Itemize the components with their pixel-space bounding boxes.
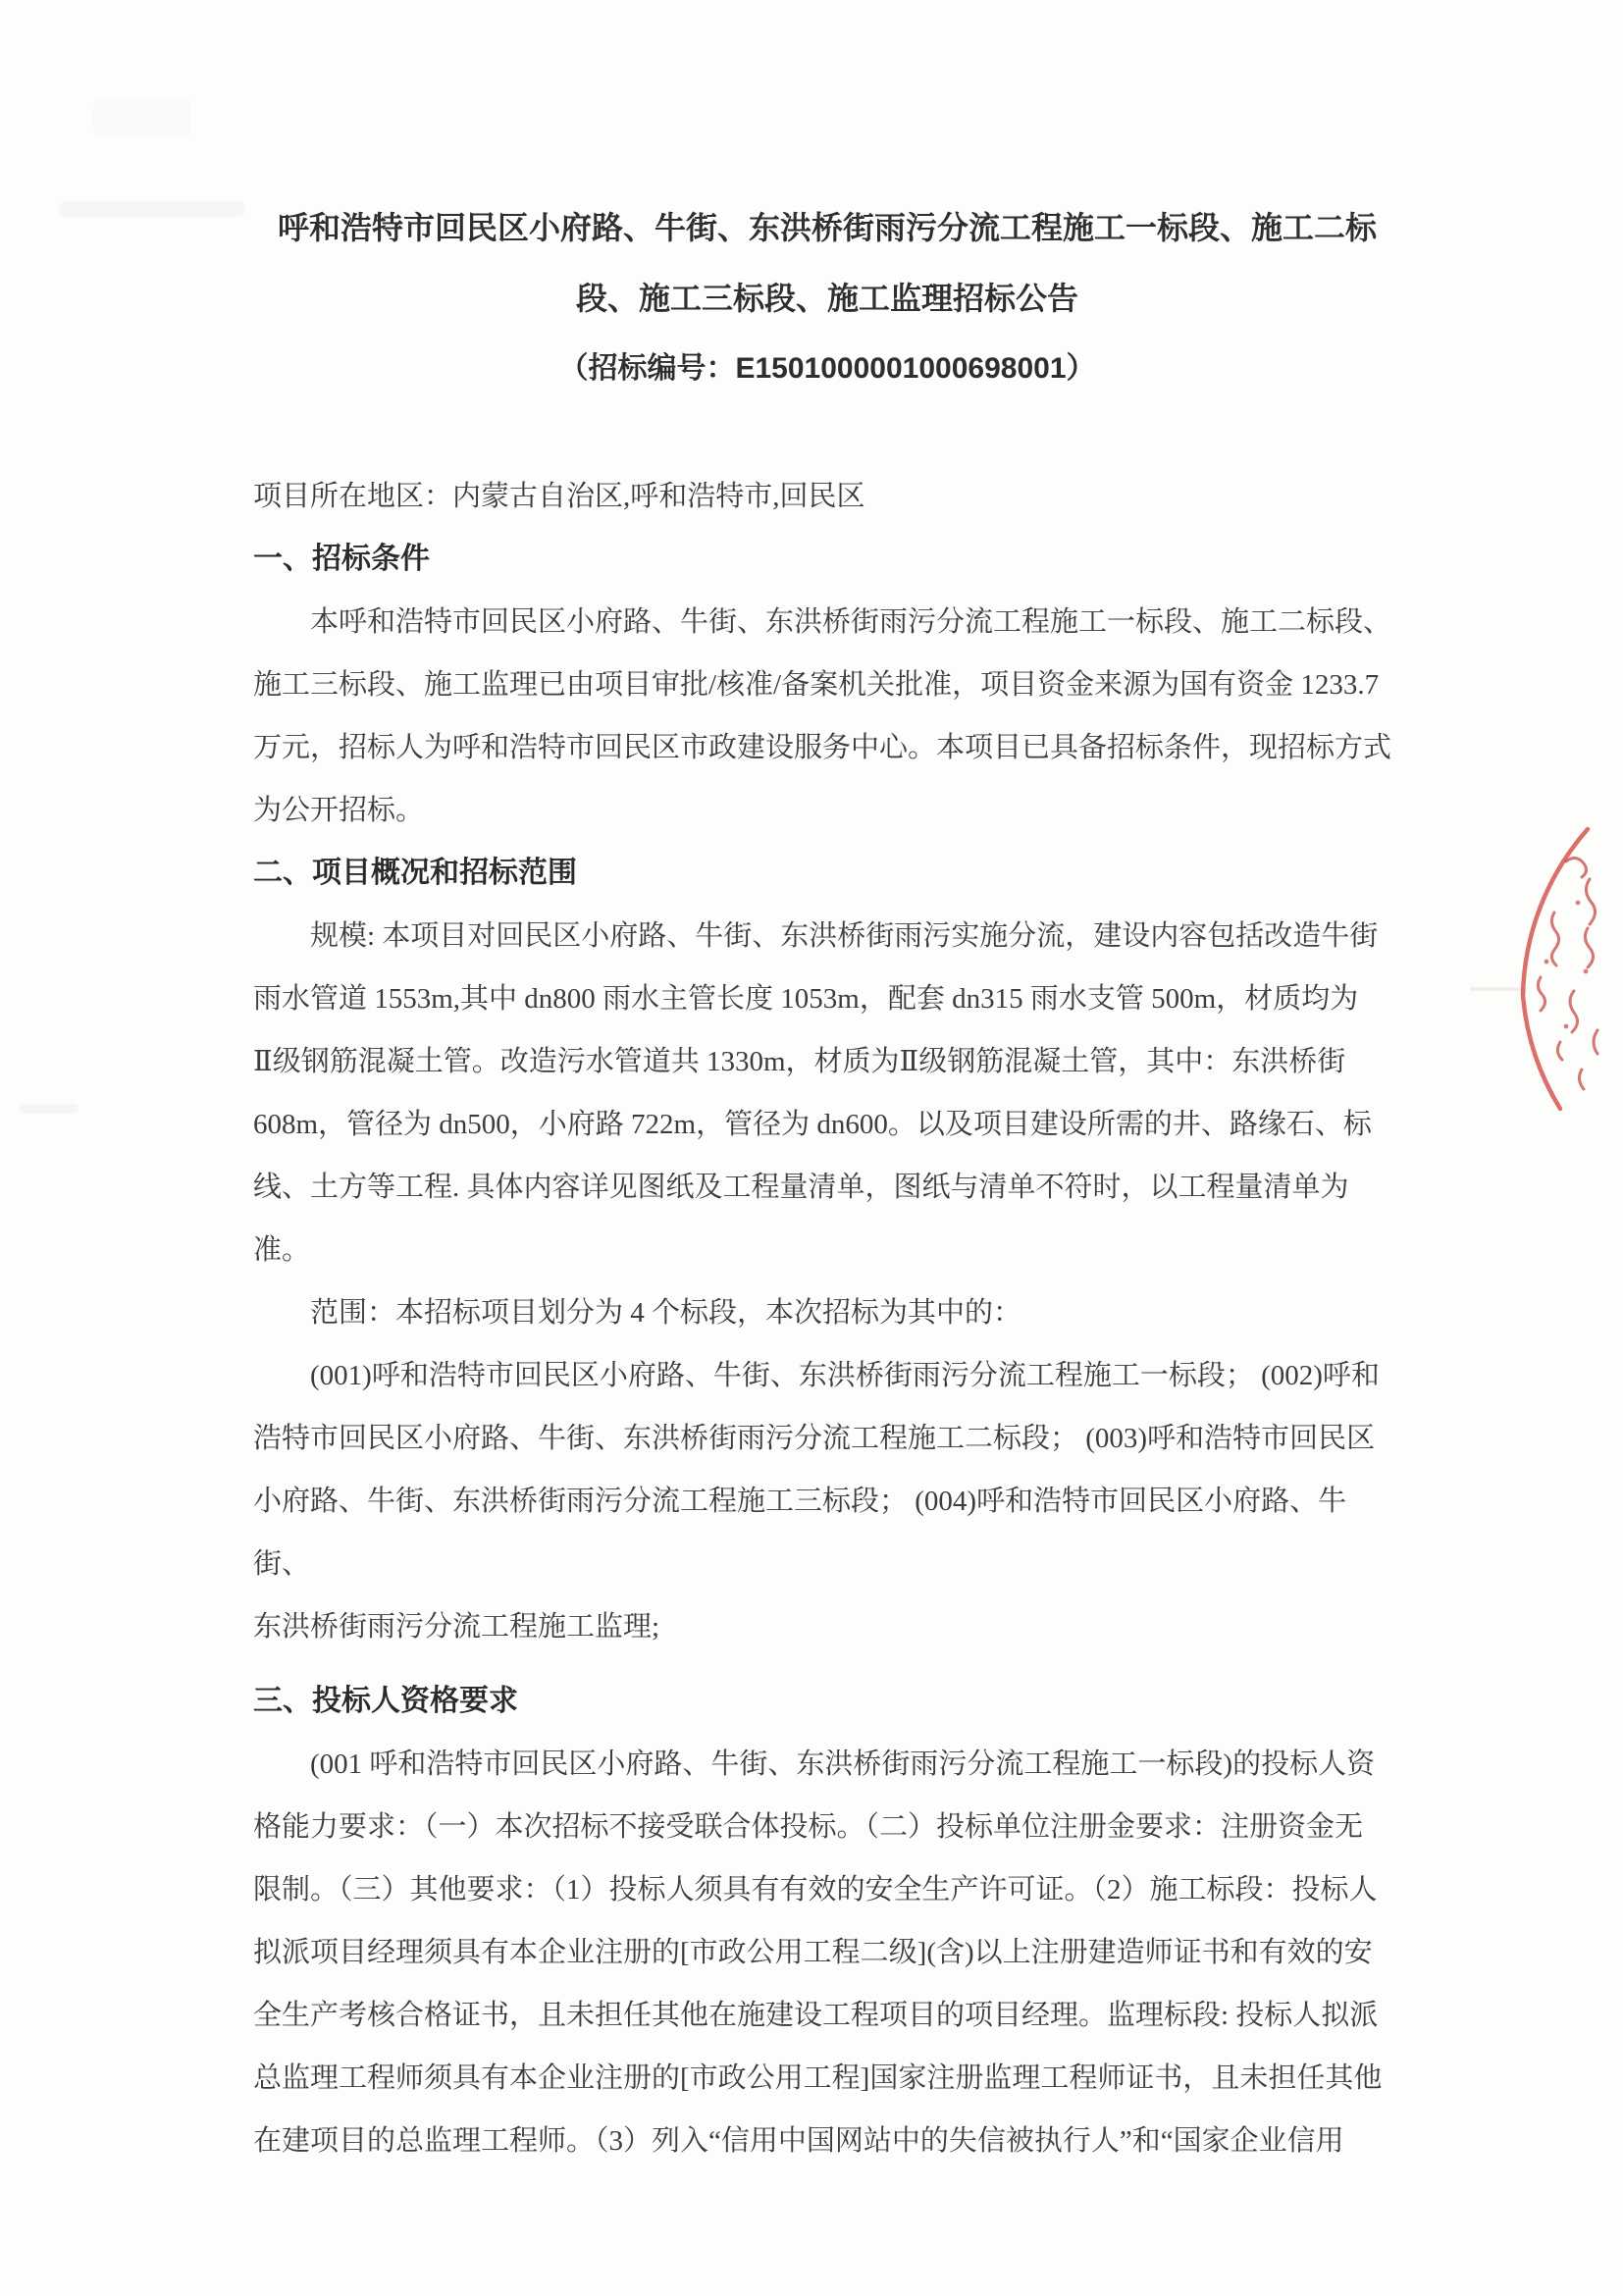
paragraph-bid-scope: 范围：本招标项目划分为 4 个标段，本次招标为其中的：: [253, 1281, 1401, 1344]
section-heading-bidder-qualifications: 三、投标人资格要求: [253, 1670, 1401, 1733]
document-title-line-2: 段、施工三标段、施工监理招标公告: [253, 263, 1401, 334]
document-page: 呼和浩特市回民区小府路、牛街、东洪桥街雨污分流工程施工一标段、施工二标 段、施工…: [0, 0, 1623, 2296]
paragraph-bid-lots: (001)呼和浩特市回民区小府路、牛街、东洪桥街雨污分流工程施工一标段； (00…: [253, 1344, 1401, 1658]
project-location-line: 项目所在地区：内蒙古自治区,呼和浩特市,回民区: [253, 465, 1401, 528]
section-heading-bid-conditions: 一、招标条件: [253, 528, 1401, 591]
official-seal-stamp: [1472, 785, 1623, 1138]
section-heading-project-overview: 二、项目概况和招标范围: [253, 842, 1401, 905]
paragraph-project-scale: 规模: 本项目对回民区小府路、牛街、东洪桥街雨污实施分流，建设内容包括改造牛街 …: [253, 905, 1401, 1281]
paragraph-bidder-qualifications: (001 呼和浩特市回民区小府路、牛街、东洪桥街雨污分流工程施工一标段)的投标人…: [253, 1733, 1401, 2172]
scan-artifact: [93, 98, 191, 137]
document-content: 呼和浩特市回民区小府路、牛街、东洪桥街雨污分流工程施工一标段、施工二标 段、施工…: [253, 192, 1401, 2172]
paragraph-bid-conditions: 本呼和浩特市回民区小府路、牛街、东洪桥街雨污分流工程施工一标段、施工二标段、 施…: [253, 591, 1401, 842]
document-title-line-1: 呼和浩特市回民区小府路、牛街、东洪桥街雨污分流工程施工一标段、施工二标: [253, 192, 1401, 263]
scan-artifact: [59, 201, 245, 217]
tender-number-line: （招标编号：E1501000001000698001）: [253, 334, 1401, 404]
scan-artifact: [20, 1104, 79, 1114]
